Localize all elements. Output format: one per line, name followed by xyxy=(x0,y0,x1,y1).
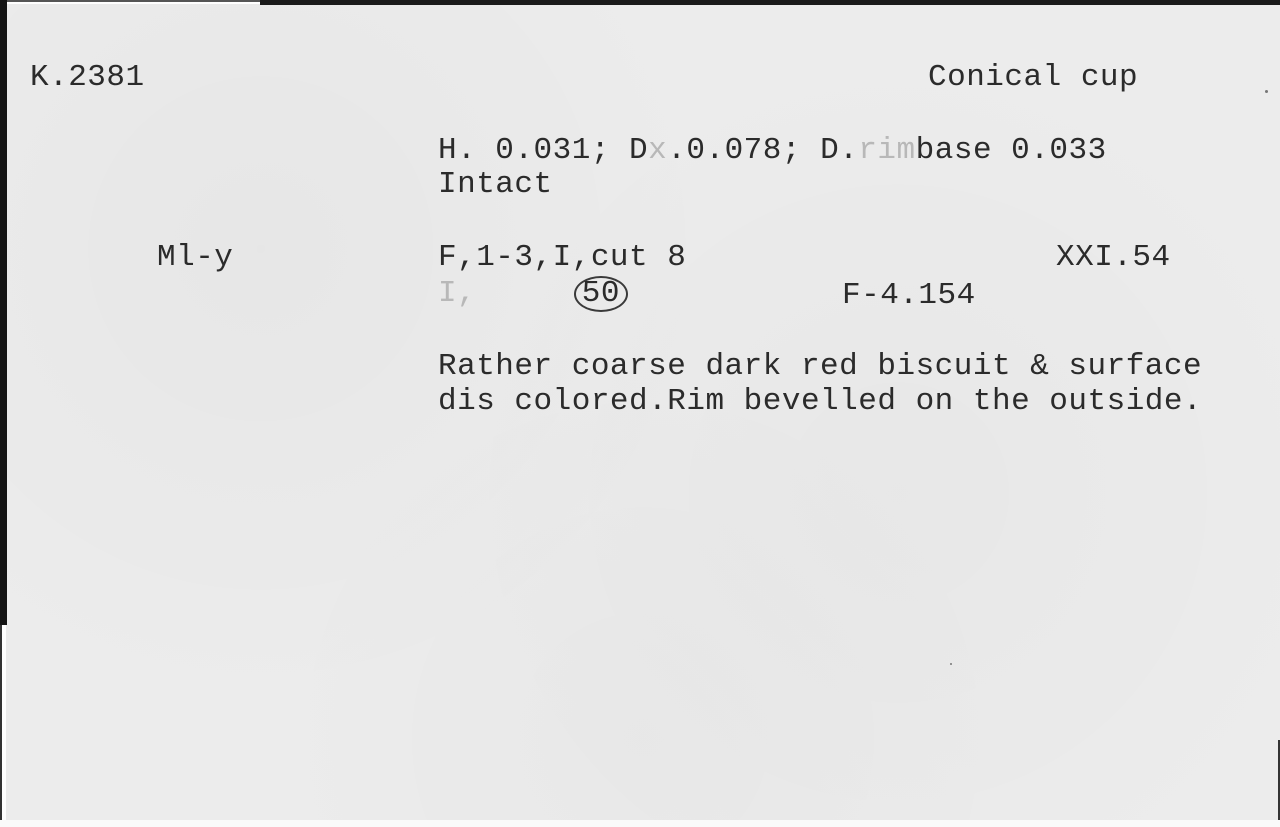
circled-number-line: I, 50 xyxy=(438,276,628,312)
scan-edge-left xyxy=(0,0,7,625)
condition: Intact xyxy=(438,167,553,203)
location-code: Ml-y xyxy=(157,240,233,276)
context-reference: F-4.154 xyxy=(842,278,976,314)
scan-edge-left-thin xyxy=(0,625,2,820)
scan-edge-top-left xyxy=(0,0,260,2)
base-prefix: D. xyxy=(820,133,858,168)
object-type: Conical cup xyxy=(928,60,1138,96)
circled-number: 50 xyxy=(574,276,628,312)
context: F,1-3,I,cut 8 xyxy=(438,240,686,276)
description-line-1: Rather coarse dark red biscuit & surface xyxy=(438,349,1202,385)
diameter-value: .0.078; xyxy=(667,133,801,168)
base-value: base 0.033 xyxy=(916,133,1107,168)
dimensions-line: H. 0.031; Dx.0.078; D.rimbase 0.033 xyxy=(438,133,1107,169)
scan-edge-bottom xyxy=(0,820,1280,827)
catalog-number: K.2381 xyxy=(30,60,145,96)
description-line-2: dis colored.Rim bevelled on the outside. xyxy=(438,384,1202,420)
ink-speck xyxy=(1265,90,1268,93)
struck-note: I, xyxy=(438,276,476,311)
date-reference: XXI.54 xyxy=(1056,240,1171,276)
ink-speck xyxy=(950,663,952,665)
diameter-prefix: D xyxy=(629,133,648,168)
scanned-card-image: K.2381 Conical cup H. 0.031; Dx.0.078; D… xyxy=(0,0,1280,827)
height-value: H. 0.031; xyxy=(438,133,610,168)
scan-edge-top xyxy=(260,0,1280,5)
diameter-struck-text: x xyxy=(648,133,667,168)
base-struck-text: rim xyxy=(858,133,915,168)
